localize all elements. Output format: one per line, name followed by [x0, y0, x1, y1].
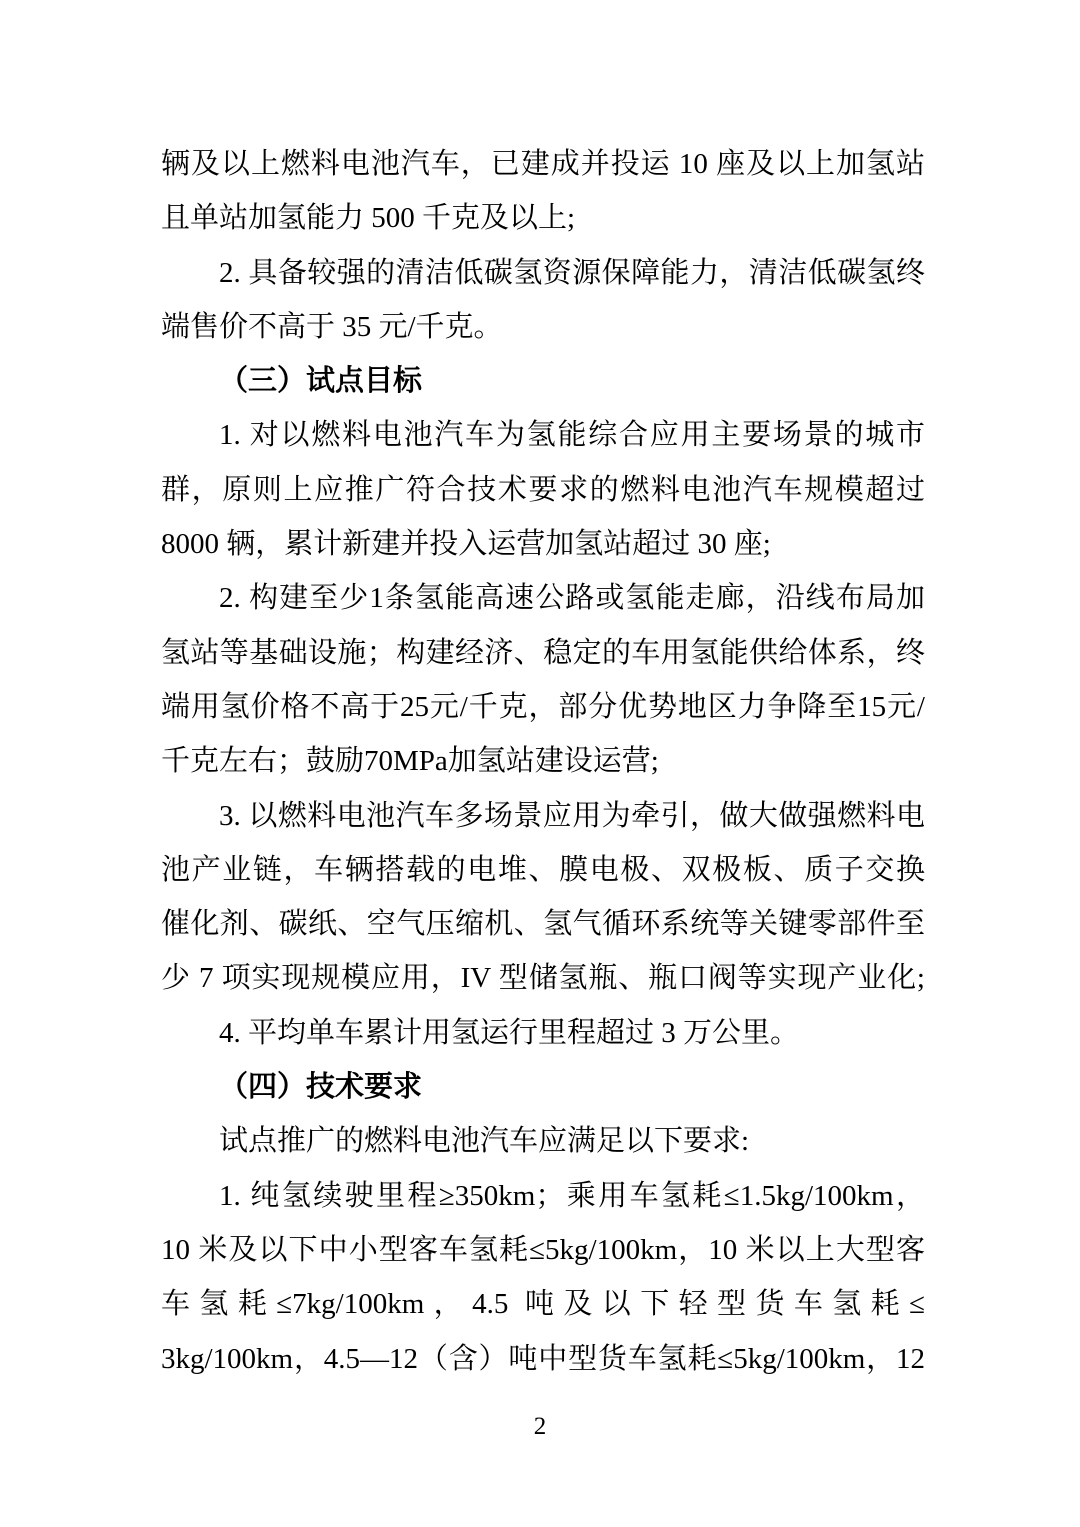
- text-line: 少 7 项实现规模应用，IV 型储氢瓶、瓶口阀等实现产业化;: [161, 951, 925, 1005]
- text-line: 2. 具备较强的清洁低碳氢资源保障能力，清洁低碳氢终: [161, 246, 925, 300]
- text-line: 氢站等基础设施；构建经济、稳定的车用氢能供给体系，终: [161, 626, 925, 680]
- text-line: 1. 对以燃料电池汽车为氢能综合应用主要场景的城市: [161, 408, 925, 462]
- document-page: 辆及以上燃料电池汽车，已建成并投运 10 座及以上加氢站 且单站加氢能力 500…: [0, 0, 1080, 1527]
- text-line: 池产业链，车辆搭载的电堆、膜电极、双极板、质子交换膜、: [161, 843, 925, 897]
- text-line: 催化剂、碳纸、空气压缩机、氢气循环系统等关键零部件至: [161, 897, 925, 951]
- text-line: 10 米及以下中小型客车氢耗≤5kg/100km，10 米以上大型客: [161, 1223, 925, 1277]
- text-line: 且单站加氢能力 500 千克及以上;: [161, 191, 925, 245]
- text-line: 端用氢价格不高于25元/千克，部分优势地区力争降至15元/: [161, 680, 925, 734]
- text-line: 千克左右；鼓励70MPa加氢站建设运营;: [161, 734, 925, 788]
- text-line: 辆及以上燃料电池汽车，已建成并投运 10 座及以上加氢站: [161, 137, 925, 191]
- text-line: 2. 构建至少1条氢能高速公路或氢能走廊，沿线布局加: [161, 571, 925, 625]
- text-line: 端售价不高于 35 元/千克。: [161, 300, 925, 354]
- text-line: 车氢耗≤7kg/100km，4.5 吨及以下轻型货车氢耗≤: [161, 1277, 925, 1331]
- section-heading: （四）技术要求: [161, 1060, 925, 1114]
- text-line: 3. 以燃料电池汽车多场景应用为牵引，做大做强燃料电: [161, 789, 925, 843]
- text-line: 8000 辆，累计新建并投入运营加氢站超过 30 座;: [161, 517, 925, 571]
- text-line: 4. 平均单车累计用氢运行里程超过 3 万公里。: [161, 1006, 925, 1060]
- text-line: 3kg/100km，4.5—12（含）吨中型货车氢耗≤5kg/100km，12: [161, 1332, 925, 1386]
- text-line: 试点推广的燃料电池汽车应满足以下要求:: [161, 1114, 925, 1168]
- text-line: 1. 纯氢续驶里程≥350km；乘用车氢耗≤1.5kg/100km，: [161, 1169, 925, 1223]
- text-line: 群，原则上应推广符合技术要求的燃料电池汽车规模超过: [161, 463, 925, 517]
- page-number: 2: [0, 1412, 1080, 1442]
- section-heading: （三）试点目标: [161, 354, 925, 408]
- document-body: 辆及以上燃料电池汽车，已建成并投运 10 座及以上加氢站 且单站加氢能力 500…: [161, 137, 925, 1386]
